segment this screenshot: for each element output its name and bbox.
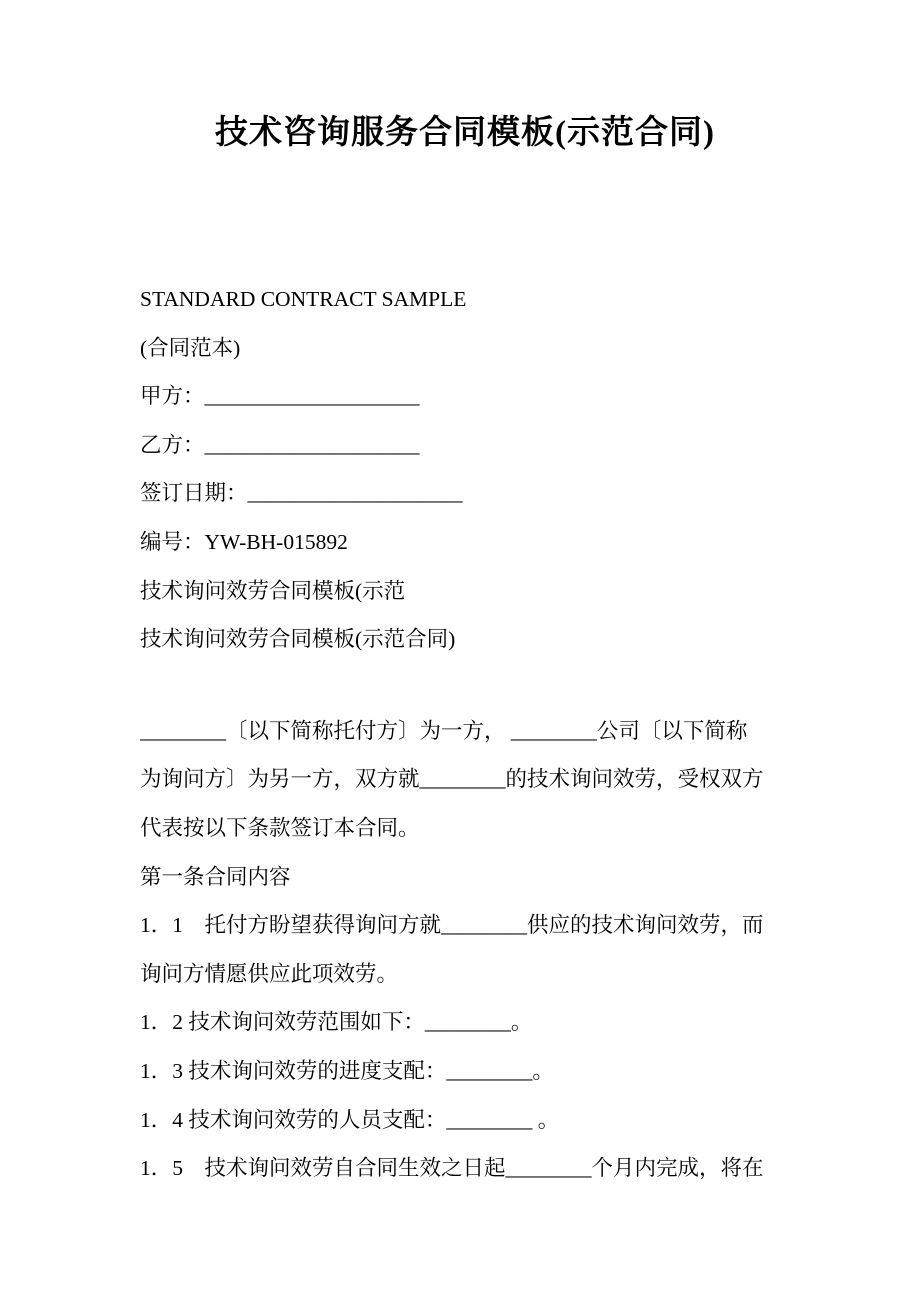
clause-1-2-line: 1．2 技术询问效劳范围如下：________。	[140, 998, 790, 1047]
preamble-line-3: 代表按以下条款签订本合同。	[140, 804, 790, 853]
contract-body-block: ________〔以下简称托付方〕为一方， ________公司〔以下简称 为询…	[140, 707, 790, 1193]
preamble-line-2: 为询问方〕为另一方，双方就________的技术询问效劳，受权双方	[140, 755, 790, 804]
clause-1-3-line: 1．3 技术询问效劳的进度支配：________。	[140, 1047, 790, 1096]
document-title: 技术咨询服务合同模板(示范合同)	[140, 0, 790, 160]
party-b-blank-line: 乙方：____________________	[140, 421, 790, 470]
contract-number-line: 编号：YW-BH-015892	[140, 518, 790, 567]
preamble-line-1: ________〔以下简称托付方〕为一方， ________公司〔以下简称	[140, 707, 790, 756]
subtitle-chinese: (合同范本)	[140, 324, 790, 373]
article-1-heading: 第一条合同内容	[140, 853, 790, 902]
subtitle-english: STANDARD CONTRACT SAMPLE	[140, 275, 790, 324]
clause-1-1-line-1: 1．1 托付方盼望获得询问方就________供应的技术询问效劳，而	[140, 901, 790, 950]
inner-title-line-2: 技术询问效劳合同模板(示范合同)	[140, 615, 790, 664]
clause-1-1-line-2: 询问方情愿供应此项效劳。	[140, 950, 790, 999]
signing-date-blank-line: 签订日期：____________________	[140, 469, 790, 518]
clause-1-4-line: 1．4 技术询问效劳的人员支配：________ 。	[140, 1096, 790, 1145]
document-page: 技术咨询服务合同模板(示范合同) STANDARD CONTRACT SAMPL…	[0, 0, 920, 1302]
document-content: 技术咨询服务合同模板(示范合同) STANDARD CONTRACT SAMPL…	[140, 0, 790, 1193]
clause-1-5-line: 1．5 技术询问效劳自合同生效之日起________个月内完成，将在	[140, 1144, 790, 1193]
inner-title-line-1: 技术询问效劳合同模板(示范	[140, 567, 790, 616]
party-a-blank-line: 甲方：____________________	[140, 372, 790, 421]
contract-header-block: STANDARD CONTRACT SAMPLE (合同范本) 甲方：_____…	[140, 275, 790, 664]
